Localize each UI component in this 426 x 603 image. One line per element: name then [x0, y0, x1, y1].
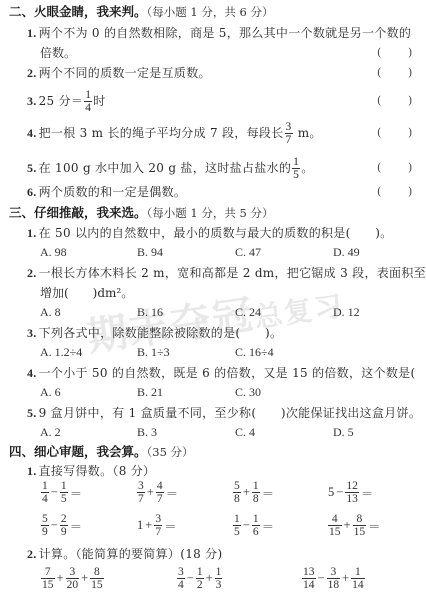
- question-number: 1.: [27, 464, 37, 478]
- oral-calc-expr: 14−15＝: [40, 480, 83, 505]
- answer-bracket-left[interactable]: (: [377, 66, 381, 79]
- judge-question-4: 4.把一根 3 m 长的绳子平均分成 7 段，每段长37 m。: [27, 120, 322, 146]
- question-number: 3.: [27, 94, 37, 108]
- option-a[interactable]: A. 8: [40, 305, 61, 320]
- option-c[interactable]: C. 16÷4: [235, 345, 274, 360]
- answer-bracket-left[interactable]: (: [377, 94, 381, 107]
- question-text: 下列各式中，除数能整除被除数的是( )。: [39, 326, 283, 340]
- judge-question-1: 1.两个不为 0 的自然数相除，商是 5，那么其中一个数就是另一个数的: [27, 25, 411, 41]
- answer-bracket-right: ): [408, 185, 412, 198]
- judge-question-6: 6.两个质数的和一定是偶数。: [27, 184, 186, 200]
- option-a[interactable]: A. 1.2÷4: [40, 345, 82, 360]
- answer-bracket-right: ): [408, 46, 412, 59]
- section-title: 四、细心审题，我会算。: [9, 444, 147, 459]
- choice-question-1: 1.在 50 以内的自然数中，最小的质数与最大的质数的积是( )。: [27, 225, 392, 241]
- question-text-post: m。: [294, 126, 322, 140]
- judge-question-2: 2.两个不同的质数一定是互质数。: [27, 65, 211, 81]
- worksheet-page: 期末夺冠总复习 二、火眼金睛，我来判。（每小题 1 分，共 6 分） 1.两个不…: [0, 0, 426, 603]
- option-b[interactable]: B. 21: [137, 385, 163, 400]
- answer-bracket-right: ): [408, 66, 412, 79]
- question-number: 2.: [27, 66, 37, 80]
- question-text: 在 50 以内的自然数中，最小的质数与最大的质数的积是( )。: [39, 226, 393, 240]
- answer-bracket-left[interactable]: (: [377, 185, 381, 198]
- option-b[interactable]: B. 1÷3: [137, 345, 170, 360]
- answer-bracket-left[interactable]: (: [377, 126, 381, 139]
- question-number: 5.: [27, 161, 37, 175]
- question-number: 4.: [27, 366, 37, 380]
- option-a[interactable]: A. 6: [40, 385, 61, 400]
- option-d[interactable]: D. 49: [333, 245, 360, 260]
- option-a[interactable]: A. 98: [40, 245, 67, 260]
- answer-bracket-right: ): [408, 94, 412, 107]
- judge-question-1-cont: 倍数。: [40, 45, 76, 61]
- question-number: 5.: [27, 406, 37, 420]
- calc-part-2-heading: 2.计算。（能简算的要简算）(18 分): [27, 546, 222, 562]
- choice-question-4: 4.一个小于 50 的自然数，既是 6 的倍数，又是 15 的倍数，这个数是( …: [27, 365, 426, 381]
- oral-calc-expr: 58+18＝: [232, 480, 275, 505]
- section-4-heading: 四、细心审题，我会算。（35 分）: [9, 444, 194, 460]
- calc-expr: 715+320+815: [40, 566, 105, 591]
- question-text-post: 时: [93, 94, 105, 108]
- option-b[interactable]: B. 3: [137, 425, 157, 440]
- question-number: 4.: [27, 126, 37, 140]
- question-text: 9 盒月饼中，有 1 盒质量不同，至少称( )次能保证找出这盒月饼。: [39, 406, 422, 420]
- question-text: 两个不同的质数一定是互质数。: [39, 66, 211, 80]
- choice-question-5: 5.9 盒月饼中，有 1 盒质量不同，至少称( )次能保证找出这盒月饼。: [27, 405, 421, 421]
- answer-bracket-left[interactable]: (: [377, 161, 381, 174]
- option-b[interactable]: B. 94: [137, 245, 163, 260]
- question-text: 一根长方体木料长 2 m，宽和高都是 2 dm，把它锯成 3 段，表面积至少: [39, 266, 426, 280]
- choice-question-2-cont: 增加( )dm²。: [40, 285, 133, 301]
- question-text: 两个不为 0 的自然数相除，商是 5，那么其中一个数就是另一个数的: [39, 26, 412, 40]
- question-number: 2.: [27, 547, 37, 561]
- oral-calc-expr: 59−29＝: [40, 513, 83, 538]
- fraction: 14: [84, 89, 92, 114]
- choice-question-2: 2.一根长方体木料长 2 m，宽和高都是 2 dm，把它锯成 3 段，表面积至少: [27, 265, 426, 281]
- section-3-heading: 三、仔细推敲，我来选。（每小题 1 分，共 5 分）: [9, 205, 274, 221]
- option-c[interactable]: C. 47: [235, 245, 261, 260]
- option-b[interactable]: B. 16: [137, 305, 163, 320]
- question-text: 一个小于 50 的自然数，既是 6 的倍数，又是 15 的倍数，这个数是( )。: [39, 366, 426, 380]
- option-c[interactable]: C. 30: [235, 385, 261, 400]
- question-text: 计算。（能简算的要简算）(18 分): [39, 547, 223, 561]
- calc-expr: 1314−318+114: [301, 566, 366, 591]
- section-title: 二、火眼金睛，我来判。: [9, 4, 147, 19]
- oral-calc-expr: 37+47＝: [136, 480, 179, 505]
- question-number: 3.: [27, 326, 37, 340]
- option-a[interactable]: A. 2: [40, 425, 61, 440]
- question-text-post: 。: [301, 161, 313, 175]
- choice-question-3: 3.下列各式中，除数能整除被除数的是( )。: [27, 325, 282, 341]
- answer-bracket-left[interactable]: (: [377, 46, 381, 59]
- section-score-note: （35 分）: [147, 445, 194, 459]
- question-number: 6.: [27, 185, 37, 199]
- section-score-note: （每小题 1 分，共 5 分）: [147, 206, 274, 220]
- question-number: 1.: [27, 26, 37, 40]
- section-score-note: （每小题 1 分，共 6 分）: [147, 5, 274, 19]
- section-title: 三、仔细推敲，我来选。: [9, 205, 147, 220]
- question-text: 两个质数的和一定是偶数。: [39, 185, 187, 199]
- question-number: 1.: [27, 226, 37, 240]
- judge-question-3: 3.25 分＝14时: [27, 88, 106, 114]
- question-text-pre: 在 100 g 水中加入 20 g 盐，这时盐占盐水的: [39, 161, 292, 175]
- question-number: 2.: [27, 266, 37, 280]
- question-text-pre: 25 分＝: [39, 94, 84, 108]
- oral-calc-expr: 5−1213＝: [327, 480, 374, 505]
- question-text: 直接写得数。（8 分）: [39, 464, 156, 478]
- oral-calc-expr: 1+37＝: [136, 513, 178, 538]
- option-d[interactable]: D. 5: [333, 425, 354, 440]
- answer-bracket-right: ): [408, 161, 412, 174]
- option-c[interactable]: C. 24: [235, 305, 261, 320]
- fraction: 15: [292, 156, 300, 181]
- calc-expr: 34−12+13: [176, 566, 223, 591]
- question-text-pre: 把一根 3 m 长的绳子平均分成 7 段，每段长: [39, 126, 284, 140]
- judge-question-5: 5.在 100 g 水中加入 20 g 盐，这时盐占盐水的15。: [27, 155, 314, 181]
- option-c[interactable]: C. 4: [235, 425, 255, 440]
- section-2-heading: 二、火眼金睛，我来判。（每小题 1 分，共 6 分）: [9, 4, 274, 20]
- fraction: 37: [285, 121, 293, 146]
- oral-calc-expr: 415+815＝: [327, 513, 382, 538]
- oral-calc-expr: 15−16＝: [232, 513, 275, 538]
- calc-part-1-heading: 1.直接写得数。（8 分）: [27, 463, 155, 479]
- option-d[interactable]: D. 12: [333, 305, 360, 320]
- answer-bracket-right: ): [408, 126, 412, 139]
